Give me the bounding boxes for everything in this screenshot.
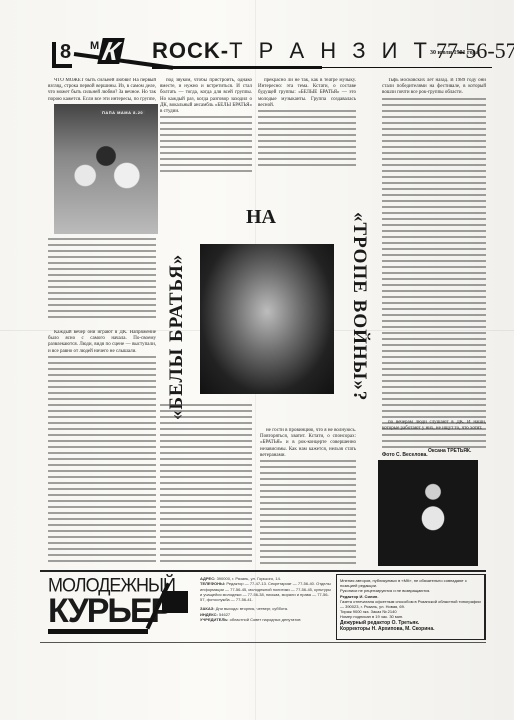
- masthead-molodezhny-kurier: МОЛОДЕЖНЫЙ КУРЬЕР: [48, 575, 188, 635]
- rubric-underline-thin: [322, 67, 492, 68]
- phones-label: ТЕЛЕФОНЫ:: [200, 581, 225, 586]
- column-1-body: [48, 238, 156, 320]
- column-3-text: прекрасно ли не так, как в театре музыку…: [258, 78, 356, 178]
- order-text: Дни выхода: вторник, четверг, суббота.: [216, 606, 288, 611]
- founder-text: областной Совет народных депутатов: [230, 617, 301, 622]
- article-intro: ЧТО МОЖЕТ быть сильней любви! На первый …: [48, 78, 156, 102]
- founder-label: УЧРЕДИТЕЛЬ:: [200, 617, 228, 622]
- disclaimer: Мнения авторов, публикуемых в «МК», не о…: [340, 578, 481, 588]
- rubric-underline: [152, 66, 322, 69]
- lower-right-paragraph: по вечерам люди слушают в ДК. И наши, ко…: [382, 420, 486, 432]
- address-text: 390000, г. Рязань, ул. Горького, 14.: [217, 576, 281, 581]
- column-4-paragraph: Тьфь московских лет назад. В 1989 году о…: [382, 78, 486, 97]
- column-3-lower: не гости в провинцию, что я не волнуюсь.…: [260, 428, 356, 566]
- column-1-lower-body: [48, 356, 156, 566]
- column-1-text: [48, 238, 156, 320]
- page-number: 8: [60, 41, 71, 64]
- column-4-lower: по вечерам люди слушают в ДК. И наши, ко…: [382, 420, 486, 446]
- rubric-rock: ROCK-: [152, 38, 229, 63]
- column-3-body: [258, 110, 356, 170]
- page-number-box: 8: [52, 42, 72, 68]
- index-text: 54627: [219, 612, 230, 617]
- headline-right-vertical: «ТРОПЕ ВОЙНЫ»?: [348, 212, 370, 401]
- footer-bottom-rule: [40, 642, 486, 643]
- photo-drummer: [378, 460, 478, 566]
- printing-info: Газета отпечатана офсетным способом в Ря…: [340, 599, 481, 609]
- photo-band-performance: [200, 244, 334, 394]
- column-3-lower-body: [260, 460, 356, 566]
- author-credit: Оксана ТРЕТЬЯК.: [428, 448, 471, 454]
- mk-logo: М К: [74, 40, 154, 68]
- intro-paragraph: ЧТО МОЖЕТ быть сильней любви! На первый …: [48, 78, 156, 102]
- footer-rule: [40, 570, 486, 572]
- lower-mid-paragraph: не гости в провинцию, что я не волнуюсь.…: [260, 428, 356, 459]
- masthead-bar: [48, 629, 148, 634]
- column-2-body: [160, 116, 252, 176]
- column-2-lower-body: [160, 404, 252, 566]
- rubric-tranzit: Т Р А Н З И Т: [229, 38, 432, 63]
- newspaper-page: 8 М К ROCK-Т Р А Н З И Т77-56-57 30 июля…: [0, 0, 514, 720]
- order-label: ЗАКАЗ:: [200, 606, 215, 611]
- column-2-paragraph: под звуком, чтобы пристроить, однако вме…: [160, 78, 252, 115]
- photo-family: ПАПА МАМА 8-20: [54, 104, 158, 234]
- column-4-text: Тьфь московских лет назад. В 1989 году о…: [382, 78, 486, 468]
- editorial-info-box: Мнения авторов, публикуемых в «МК», не о…: [336, 574, 486, 640]
- contact-block: АДРЕС: 390000, г. Рязань, ул. Горького, …: [200, 576, 332, 622]
- index-label: ИНДЕКС:: [200, 612, 218, 617]
- photo-credit: Фото С. Веселова.: [382, 452, 428, 458]
- issue-date: 30 июля 1991 года: [430, 50, 478, 56]
- lower-left-paragraph: Каждый вечер они играют в ДК. Напряжение…: [48, 330, 156, 355]
- page-header: 8 М К ROCK-Т Р А Н З И Т77-56-57 30 июля…: [52, 38, 492, 68]
- address-label: АДРЕС:: [200, 576, 215, 581]
- column-3-paragraph: прекрасно ли не так, как в театре музыку…: [258, 78, 356, 109]
- logo-letter-m: М: [90, 40, 99, 52]
- column-1-lower: Каждый вечер они играют в ДК. Напряжение…: [48, 330, 156, 566]
- flag-icon: [162, 591, 188, 613]
- headline-center: НА: [246, 206, 276, 229]
- photo-sign: ПАПА МАМА 8-20: [100, 110, 145, 115]
- column-2-text: под звуком, чтобы пристроить, однако вме…: [160, 78, 252, 178]
- column-4-body: [382, 98, 486, 448]
- proofreaders: Корректоры Н. Архипова, М. Скорина.: [340, 626, 481, 633]
- headline-left-vertical: «БЕЛЫ БРАТЬЯ»: [166, 254, 188, 420]
- column-2-lower: [160, 404, 252, 566]
